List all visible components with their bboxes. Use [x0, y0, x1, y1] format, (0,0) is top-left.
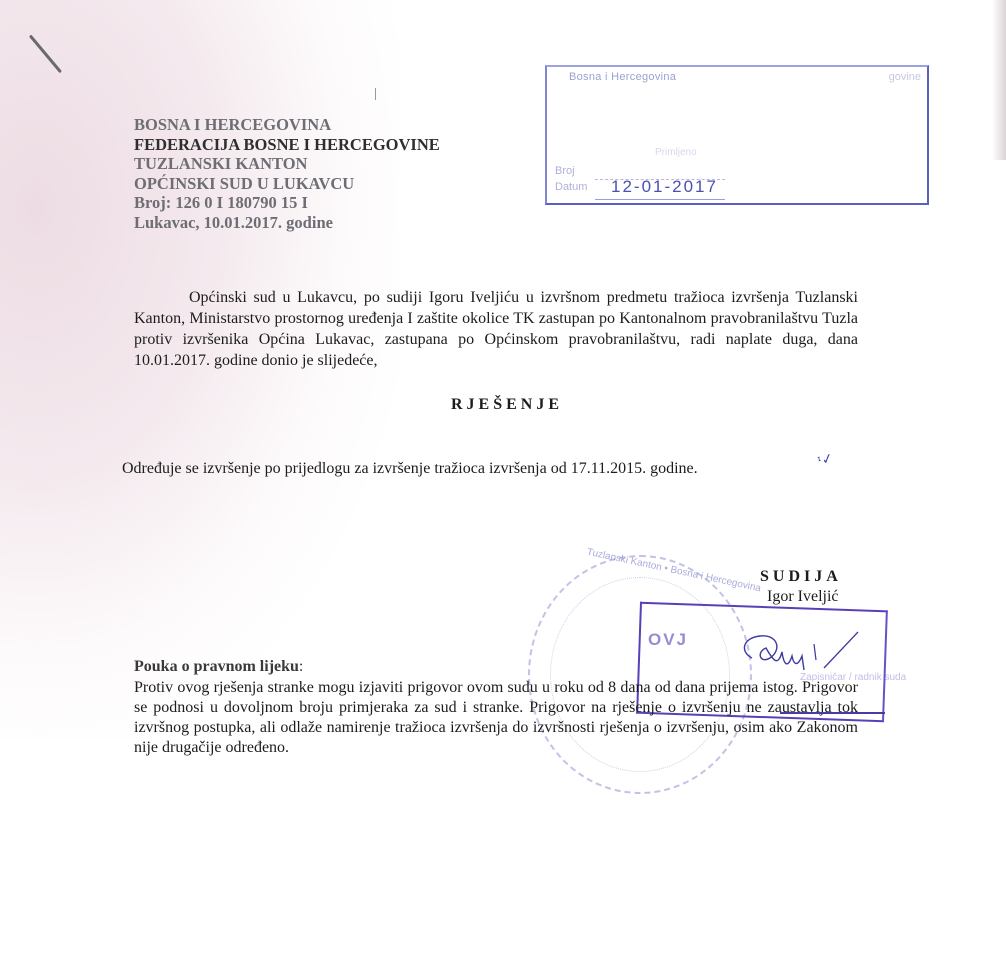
legal-remedy-text: Protiv ovog rješenja stranke mogu izjavi… — [134, 678, 858, 758]
header-place-date: Lukavac, 10.01.2017. godine — [134, 213, 440, 233]
judge-title: SUDIJA — [760, 568, 842, 586]
received-stamp-date: 12-01-2017 — [611, 177, 718, 197]
received-stamp-title-tail: govine — [889, 71, 921, 83]
received-stamp-middle: Primljeno — [655, 147, 697, 158]
received-stamp-datum-label: Datum — [555, 181, 587, 193]
stamp-strike-line — [780, 712, 885, 714]
certification-stamp-label: OVJ — [648, 630, 688, 650]
header-canton: TUZLANSKI KANTON — [134, 154, 440, 174]
header-court: OPĆINSKI SUD U LUKAVCU — [134, 174, 440, 194]
decision-title: RJEŠENJE — [0, 396, 1006, 414]
court-header: BOSNA I HERCEGOVINA FEDERACIJA BOSNE I H… — [134, 115, 440, 232]
received-stamp: Bosna i Hercegovina govine Primljeno Bro… — [545, 65, 929, 205]
header-case-number: Broj: 126 0 I 180790 15 I — [134, 193, 440, 213]
page-edge-shadow — [992, 0, 1006, 160]
order-text: Određuje se izvršenje po prijedlogu za i… — [122, 460, 698, 478]
received-stamp-broj-label: Broj — [555, 165, 575, 177]
intro-text: Općinski sud u Lukavcu, po sudiji Igoru … — [134, 289, 858, 369]
handwritten-check-mark: ᶦ✓ — [816, 450, 835, 469]
judge-name: Igor Iveljić — [767, 588, 839, 606]
header-country: BOSNA I HERCEGOVINA — [134, 115, 440, 135]
legal-remedy-heading: Pouka o pravnom lijeku: — [134, 658, 303, 676]
received-stamp-datum-line — [595, 199, 725, 200]
intro-paragraph: Općinski sud u Lukavcu, po sudiji Igoru … — [134, 287, 858, 371]
staple-mark — [29, 35, 62, 74]
tick-mark — [375, 88, 376, 100]
header-federation: FEDERACIJA BOSNE I HERCEGOVINE — [134, 135, 440, 155]
received-stamp-title: Bosna i Hercegovina — [569, 71, 676, 83]
